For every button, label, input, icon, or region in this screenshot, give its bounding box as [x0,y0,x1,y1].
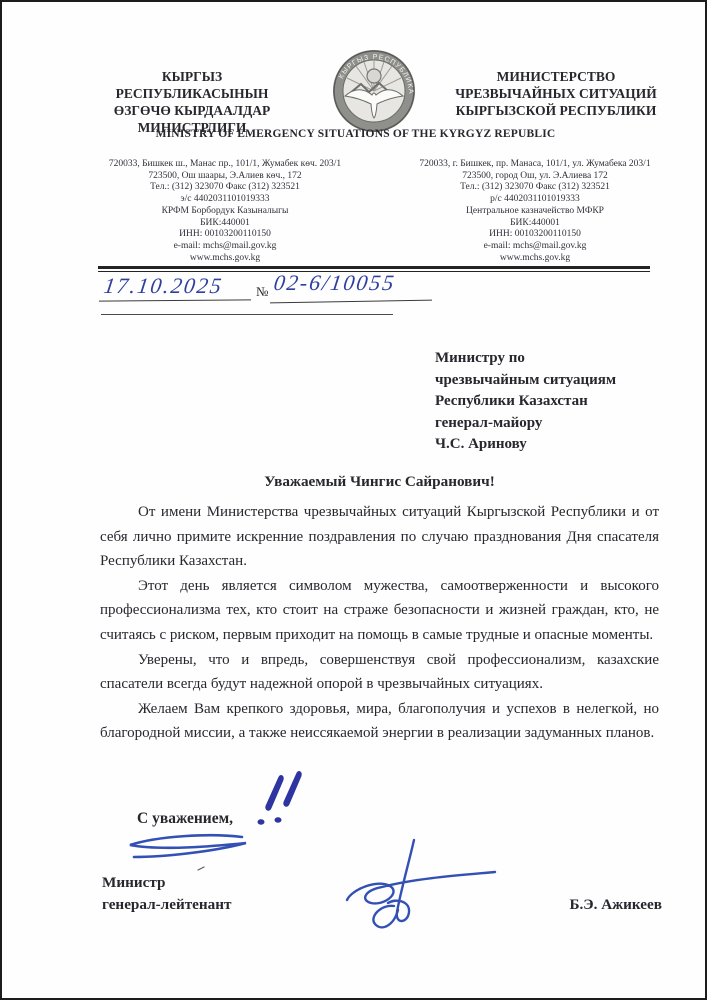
letter-body: От имени Министерства чрезвычайных ситуа… [100,500,659,746]
signatory-position: Министргенерал-лейтенант [102,872,342,916]
ink-exclamation-marks [250,770,312,832]
org-name-russian: МИНИСТЕРСТВОЧРЕЗВЫЧАЙНЫХ СИТУАЦИЙКЫРГЫЗС… [450,68,662,119]
reference-second-underline [101,314,393,315]
kyrgyz-state-emblem-icon: КЫРГЫЗ РЕСПУБЛИКАСЫ [331,48,417,134]
salutation: Уважаемый Чингис Сайранович! [100,473,659,491]
number-sign: № [256,284,268,300]
signatory-name: Б.Э. Ажикеев [502,896,662,914]
org-name-kyrgyz: КЫРГЫЗ РЕСПУБЛИКАСЫНЫНӨЗГӨЧӨ КЫРДААЛДАРМ… [84,68,300,136]
scanned-letter-page: КЫРГЫЗ РЕСПУБЛИКАСЫНЫНӨЗГӨЧӨ КЫРДААЛДАРМ… [0,0,707,1000]
ink-scribble [120,830,260,874]
paragraph-3: Уверены, что и впредь, совершенствуя сво… [100,648,659,697]
contacts-russian: 720033, г. Бишкек, пр. Манаса, 101/1, ул… [390,159,680,264]
closing-regards: С уважением, [137,810,233,828]
paragraph-1: От имени Министерства чрезвычайных ситуа… [100,500,659,574]
date-underline [99,299,251,301]
handwritten-date: 17.10.2025 [102,273,225,299]
org-name-english: MINISTRY OF EMERGENCY SITUATIONS OF THE … [2,128,707,140]
addressee-block: Министру почрезвычайным ситуациямРеспубл… [435,348,675,456]
paragraph-2: Этот день является символом мужества, са… [100,574,659,648]
paragraph-4: Желаем Вам крепкого здоровья, мира, благ… [100,697,659,746]
contacts-kyrgyz: 720033, Бишкек ш., Манас пр., 101/1, Жум… [80,159,370,264]
minister-signature [332,832,512,932]
number-underline [270,300,432,304]
handwritten-document-number: 02-6/10055 [272,270,397,296]
